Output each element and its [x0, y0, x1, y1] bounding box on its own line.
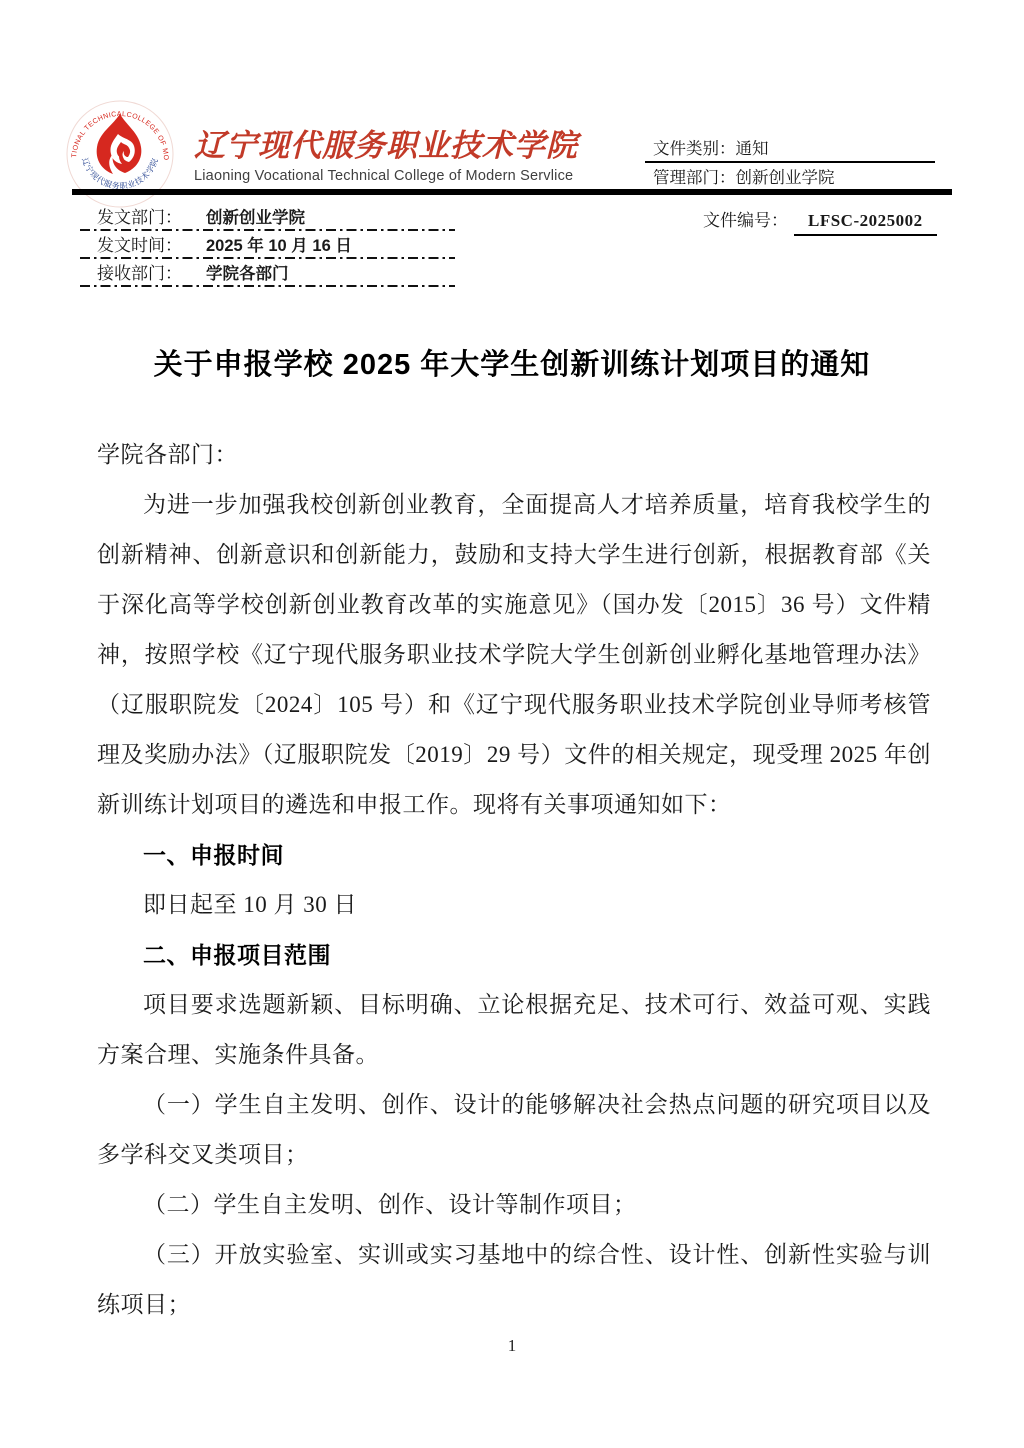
- issue-date-row: 发文时间：2025 年 10 月 16 日: [80, 231, 455, 259]
- page-number: 1: [0, 1336, 1024, 1356]
- issue-date-value: 2025 年 10 月 16 日: [206, 237, 352, 255]
- issue-dept-row: 发文部门：创新创业学院: [80, 203, 455, 231]
- notice-title: 关于申报学校 2025 年大学生创新训练计划项目的通知: [0, 342, 1024, 383]
- school-name-block: 辽宁现代服务职业技术学院 Liaoning Vocational Technic…: [194, 120, 524, 184]
- receive-dept-label: 接收部门：: [97, 264, 182, 283]
- issue-date-label: 发文时间：: [97, 236, 182, 255]
- paragraph-intro: 为进一步加强我校创新创业教育，全面提高人才培养质量，培育我校学生的创新精神、创新…: [97, 480, 931, 830]
- header-divider-rule: [72, 189, 952, 195]
- issue-dept-label: 发文部门：: [97, 208, 182, 227]
- receive-dept-row: 接收部门：学院各部门: [80, 259, 455, 287]
- doc-class-value: 通知: [736, 139, 769, 158]
- manage-dept-label: 管理部门：: [653, 168, 736, 187]
- issue-dept-value: 创新创业学院: [206, 209, 305, 227]
- doc-classification-table: 文件类别：通知 管理部门：创新创业学院: [645, 134, 935, 192]
- paragraph-item-1: （一）学生自主发明、创作、设计的能够解决社会热点问题的研究项目以及多学科交叉类项…: [97, 1080, 931, 1180]
- paragraph-deadline: 即日起至 10 月 30 日: [97, 880, 931, 930]
- doc-class-label: 文件类别：: [653, 139, 736, 158]
- notice-document-page: LIAONING VOCATIONAL TECHNICALCOLLEGE OF …: [0, 0, 1024, 1448]
- receive-dept-value: 学院各部门: [206, 265, 289, 283]
- doc-number-row: 文件编号：LFSC-2025002: [703, 206, 937, 236]
- salutation: 学院各部门：: [97, 430, 931, 480]
- paragraph-item-3: （三）开放实验室、实训或实习基地中的综合性、设计性、创新性实验与训练项目；: [97, 1230, 931, 1330]
- manage-dept-value: 创新创业学院: [736, 168, 835, 187]
- doc-number-label: 文件编号：: [703, 211, 788, 230]
- section-heading-1: 一、申报时间: [97, 830, 931, 880]
- dashdot-rule: [80, 285, 455, 287]
- section-heading-2: 二、申报项目范围: [97, 930, 931, 980]
- school-name-english: Liaoning Vocational Technical College of…: [194, 168, 524, 184]
- paragraph-item-2: （二）学生自主发明、创作、设计等制作项目；: [97, 1180, 931, 1230]
- doc-number-value: LFSC-2025002: [794, 211, 937, 236]
- paragraph-requirements: 项目要求选题新颖、目标明确、立论根据充足、技术可行、效益可观、实践方案合理、实施…: [97, 980, 931, 1080]
- manage-dept-row: 管理部门：创新创业学院: [645, 163, 935, 192]
- notice-body: 学院各部门： 为进一步加强我校创新创业教育，全面提高人才培养质量，培育我校学生的…: [97, 430, 931, 1330]
- doc-class-row: 文件类别：通知: [645, 134, 935, 163]
- school-name-chinese: 辽宁现代服务职业技术学院: [194, 120, 524, 165]
